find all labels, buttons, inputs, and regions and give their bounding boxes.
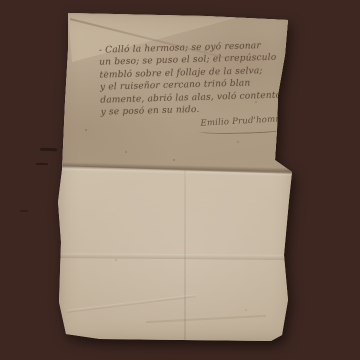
diagonal-crease [146,315,266,323]
diagonal-crease [66,294,195,313]
photo-of-letter-on-wooden-table: - Calló la hermosa; se oyó resonar un be… [0,0,360,360]
folded-letter-paper: - Calló la hermosa; se oyó resonar un be… [56,10,296,344]
letter-paper-wrapper: - Calló la hermosa; se oyó resonar un be… [0,0,360,360]
vertical-crease [184,170,186,342]
horizontal-crease [58,253,294,260]
handwritten-text-block: - Calló la hermosa; se oyó resonar un be… [99,39,292,137]
